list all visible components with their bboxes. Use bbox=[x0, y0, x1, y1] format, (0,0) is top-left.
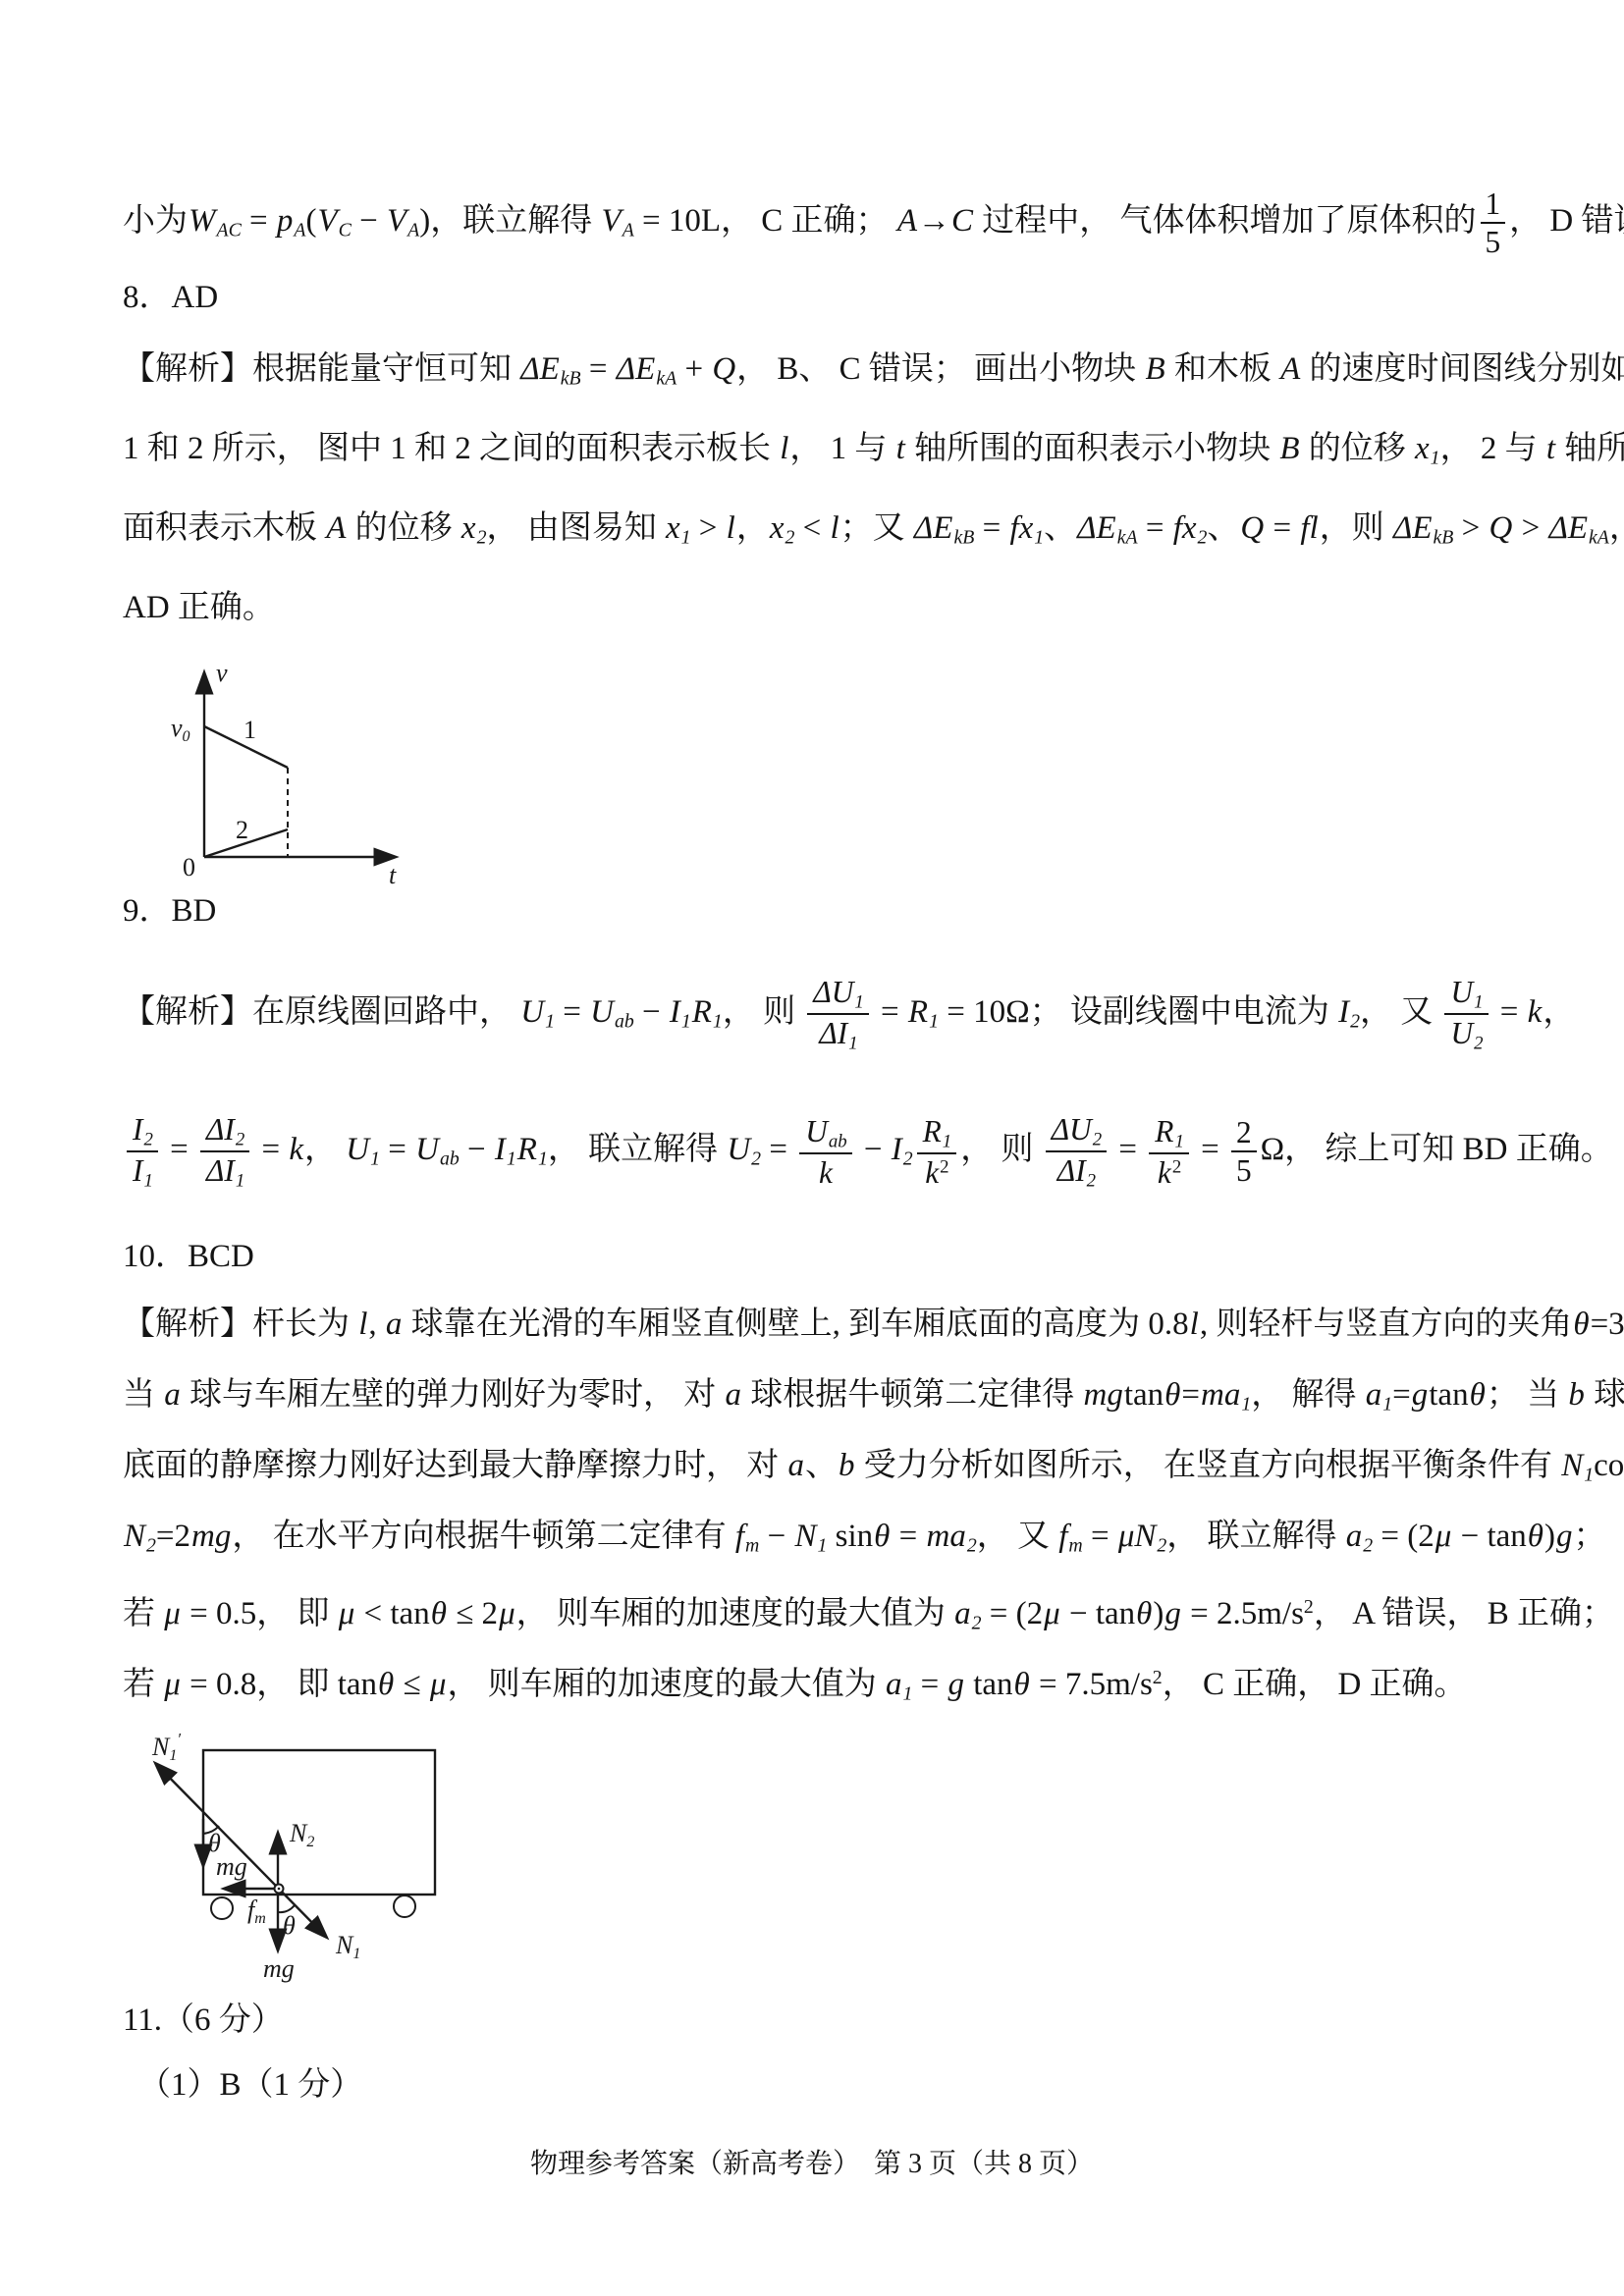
line2-label: 2 bbox=[236, 816, 248, 844]
fraction: ΔI2ΔI1 bbox=[200, 1112, 249, 1192]
mg-wall-label: mg bbox=[216, 1852, 247, 1881]
text-line: N2=2mg， 在水平方向根据牛顿第二定律有 fm − N1 sinθ = ma… bbox=[123, 1501, 1595, 1572]
fraction: 25 bbox=[1231, 1115, 1257, 1188]
N1-prime-label: N1′ bbox=[151, 1730, 181, 1764]
section-question9: 9．BD【解析】在原线圈回路中， U1 = Uab − I1R1， 则 ΔU1Δ… bbox=[123, 879, 1595, 1218]
v-axis-label: v bbox=[216, 659, 228, 687]
section-question10: 10．BCD【解析】杆长为 l, a 球靠在光滑的车厢竖直侧壁上, 到车厢底面的… bbox=[123, 1224, 1595, 1713]
line1-label: 1 bbox=[244, 716, 256, 744]
text-line: （1）B（1 分） bbox=[123, 2053, 1595, 2117]
v0-label: v0 bbox=[171, 714, 190, 745]
text-line: 【解析】杆长为 l, a 球靠在光滑的车厢竖直侧壁上, 到车厢底面的高度为 0.… bbox=[123, 1289, 1595, 1360]
theta-bottom-label: θ bbox=[283, 1911, 296, 1940]
text-line: 若 μ = 0.5， 即 μ < tanθ ≤ 2μ， 则车厢的加速度的最大值为… bbox=[123, 1572, 1595, 1642]
text-line: 8．AD bbox=[123, 265, 1595, 330]
fraction: Uabk bbox=[799, 1114, 851, 1190]
section-question8: 8．AD【解析】根据能量守恒可知 ΔEkB = ΔEkA + Q， B、 C 错… bbox=[123, 265, 1595, 648]
fraction: ΔU1ΔI1 bbox=[807, 975, 868, 1054]
fraction: U1U2 bbox=[1444, 975, 1488, 1054]
fraction: I2I1 bbox=[127, 1112, 158, 1192]
N2-label: N2 bbox=[289, 1819, 314, 1850]
text-line: 当 a 球与车厢左壁的弹力刚好为零时， 对 a 球根据牛顿第二定律得 mgtan… bbox=[123, 1360, 1595, 1430]
text-line: 【解析】在原线圈回路中， U1 = Uab − I1R1， 则 ΔU1ΔI1 =… bbox=[123, 943, 1595, 1081]
fraction: R1k2 bbox=[917, 1114, 957, 1190]
fraction: ΔU2ΔI2 bbox=[1046, 1112, 1107, 1192]
text-line: 底面的静摩擦力刚好达到最大静摩擦力时， 对 a、b 受力分析如图所示， 在竖直方… bbox=[123, 1430, 1595, 1501]
mg-ball-label: mg bbox=[263, 1954, 295, 1983]
origin-label: 0 bbox=[183, 853, 195, 881]
fraction: R1k2 bbox=[1149, 1114, 1189, 1190]
ball-center-dot bbox=[278, 1888, 281, 1891]
text-line: 若 μ = 0.8， 即 tanθ ≤ μ， 则车厢的加速度的最大值为 a1 =… bbox=[123, 1642, 1595, 1713]
section-question11: 11.（6 分）（1）B（1 分） bbox=[123, 1988, 1595, 2117]
N1-label: N1 bbox=[335, 1931, 360, 1962]
text-line: 面积表示木板 A 的位移 x2， 由图易知 x1 > l，x2 < l；又 ΔE… bbox=[123, 489, 1595, 568]
text-line: 【解析】根据能量守恒可知 ΔEkB = ΔEkA + Q， B、 C 错误； 画… bbox=[123, 330, 1595, 409]
text-line: 9．BD bbox=[123, 879, 1595, 943]
fraction: 15 bbox=[1481, 187, 1506, 259]
text-line: 1 和 2 所示， 图中 1 和 2 之间的面积表示板长 l， 1 与 t 轴所… bbox=[123, 409, 1595, 489]
answer-sheet-page: 小为WAC = pA(VC − VA)，联立解得 VA = 10L， C 正确；… bbox=[0, 0, 1624, 2296]
rod-force-line-N1 bbox=[156, 1764, 326, 1937]
text-line: I2I1 = ΔI2ΔI1 = k， U1 = Uab − I1R1， 联立解得… bbox=[123, 1081, 1595, 1218]
velocity-time-graph-figure: v t v0 1 2 0 bbox=[147, 648, 432, 893]
page-footer: 物理参考答案（新高考卷） 第 3 页（共 8 页） bbox=[0, 2150, 1624, 2179]
text-line: 10．BCD bbox=[123, 1224, 1595, 1289]
cart-wheel-left bbox=[211, 1897, 233, 1919]
force-diagram-figure: N1′ θ mg N2 fm θ mg N1 bbox=[137, 1726, 481, 2010]
text-line: AD 正确。 bbox=[123, 568, 1595, 648]
cart-wheel-right bbox=[394, 1896, 415, 1917]
fm-label: fm bbox=[247, 1896, 266, 1927]
text-line: 11.（6 分） bbox=[123, 1988, 1595, 2053]
